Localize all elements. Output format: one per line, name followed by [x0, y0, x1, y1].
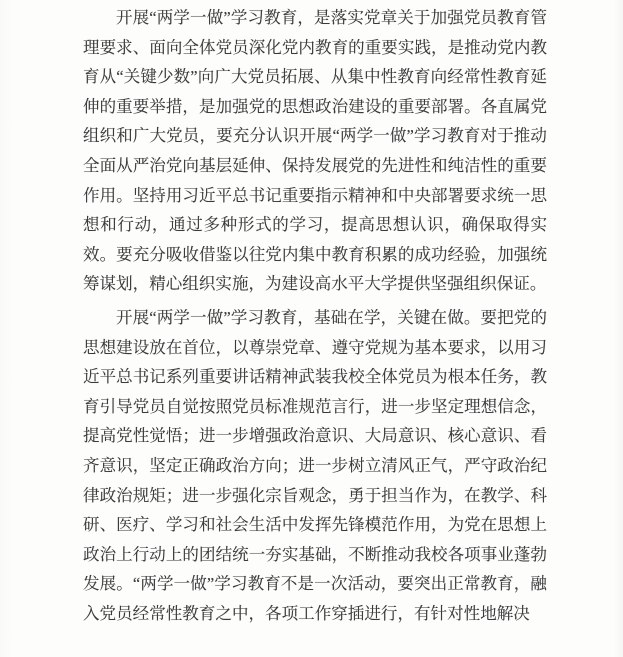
document-page: 开展“两学一做”学习教育，是落实党章关于加强党员教育管理要求、面向全体党员深化党…	[0, 0, 623, 657]
paragraph-1: 开展“两学一做”学习教育，是落实党章关于加强党员教育管理要求、面向全体党员深化党…	[83, 3, 547, 299]
paragraph-2: 开展“两学一做”学习教育，基础在学，关键在做。要把党的思想建设放在首位，以尊崇党…	[83, 303, 547, 629]
